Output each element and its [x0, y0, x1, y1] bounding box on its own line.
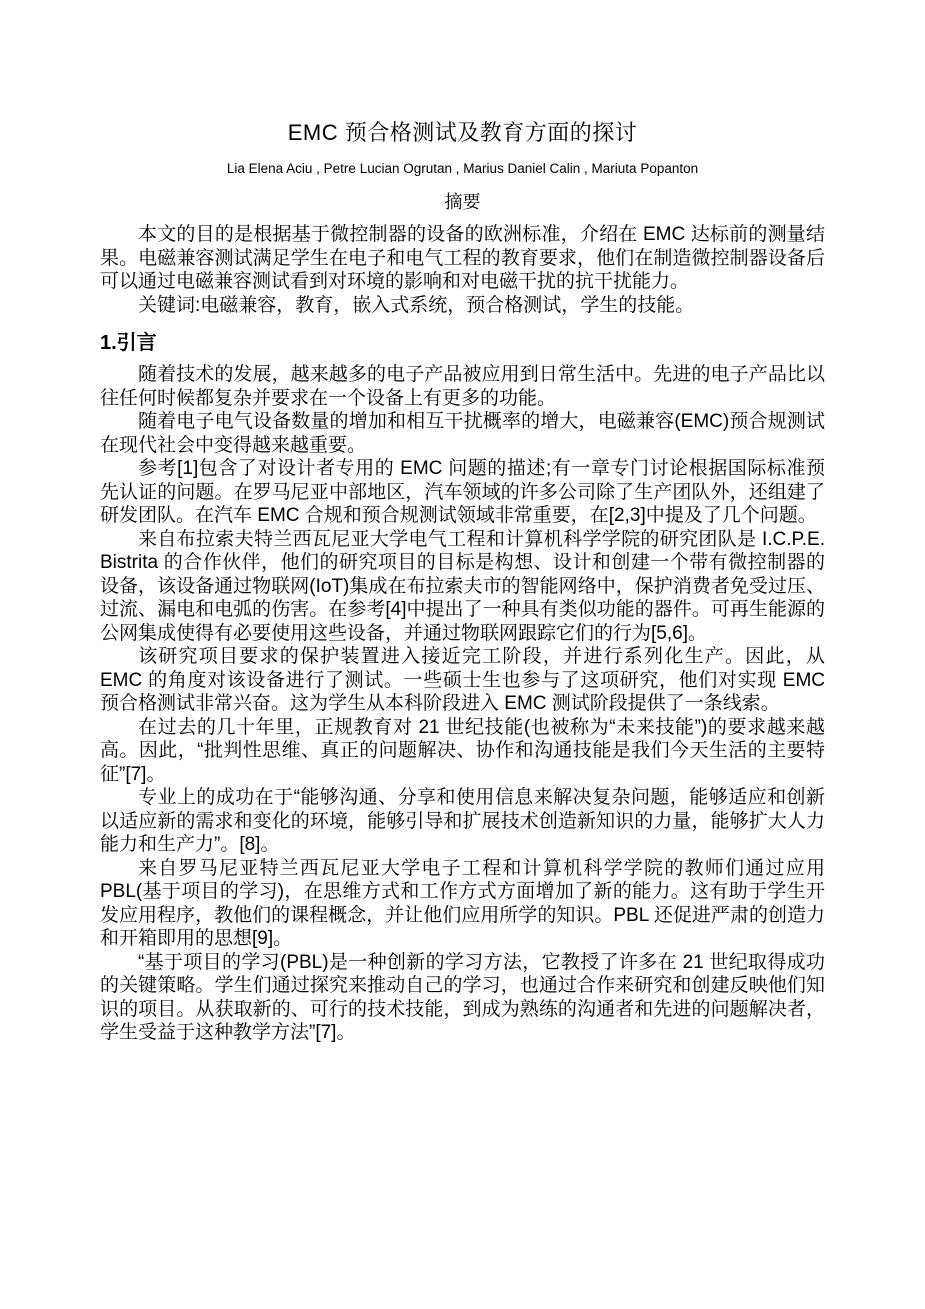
intro-paragraph: 在过去的几十年里，正规教育对 21 世纪技能(也被称为“未来技能”)的要求越来越…	[100, 716, 825, 787]
paper-title: EMC 预合格测试及教育方面的探讨	[100, 118, 825, 148]
intro-paragraph: 随着电子电气设备数量的增加和相互干扰概率的增大，电磁兼容(EMC)预合规测试在现…	[100, 410, 825, 457]
intro-paragraph: 专业上的成功在于“能够沟通、分享和使用信息来解决复杂问题，能够适应和创新以适应新…	[100, 786, 825, 857]
paper-page: EMC 预合格测试及教育方面的探讨 Lia Elena Aciu , Petre…	[0, 0, 925, 1309]
intro-paragraph: 随着技术的发展，越来越多的电子产品被应用到日常生活中。先进的电子产品比以往任何时…	[100, 363, 825, 410]
intro-paragraph: 该研究项目要求的保护装置进入接近完工阶段，并进行系列化生产。因此，从 EMC 的…	[100, 645, 825, 716]
intro-paragraph: 参考[1]包含了对设计者专用的 EMC 问题的描述;有一章专门讨论根据国际标准预…	[100, 457, 825, 528]
intro-paragraph: 来自罗马尼亚特兰西瓦尼亚大学电子工程和计算机科学学院的教师们通过应用 PBL(基…	[100, 857, 825, 951]
keywords-line: 关键词:电磁兼容，教育，嵌入式系统，预合格测试，学生的技能。	[100, 294, 825, 318]
section-heading-introduction: 1.引言	[100, 330, 825, 356]
abstract-heading: 摘要	[100, 190, 825, 215]
authors-line: Lia Elena Aciu , Petre Lucian Ogrutan , …	[100, 160, 825, 177]
intro-paragraph: “基于项目的学习(PBL)是一种创新的学习方法，它教授了许多在 21 世纪取得成…	[100, 951, 825, 1045]
abstract-text: 本文的目的是根据基于微控制器的设备的欧洲标准，介绍在 EMC 达标前的测量结果。…	[100, 223, 825, 294]
intro-paragraph: 来自布拉索夫特兰西瓦尼亚大学电气工程和计算机科学学院的研究团队是 I.C.P.E…	[100, 528, 825, 646]
